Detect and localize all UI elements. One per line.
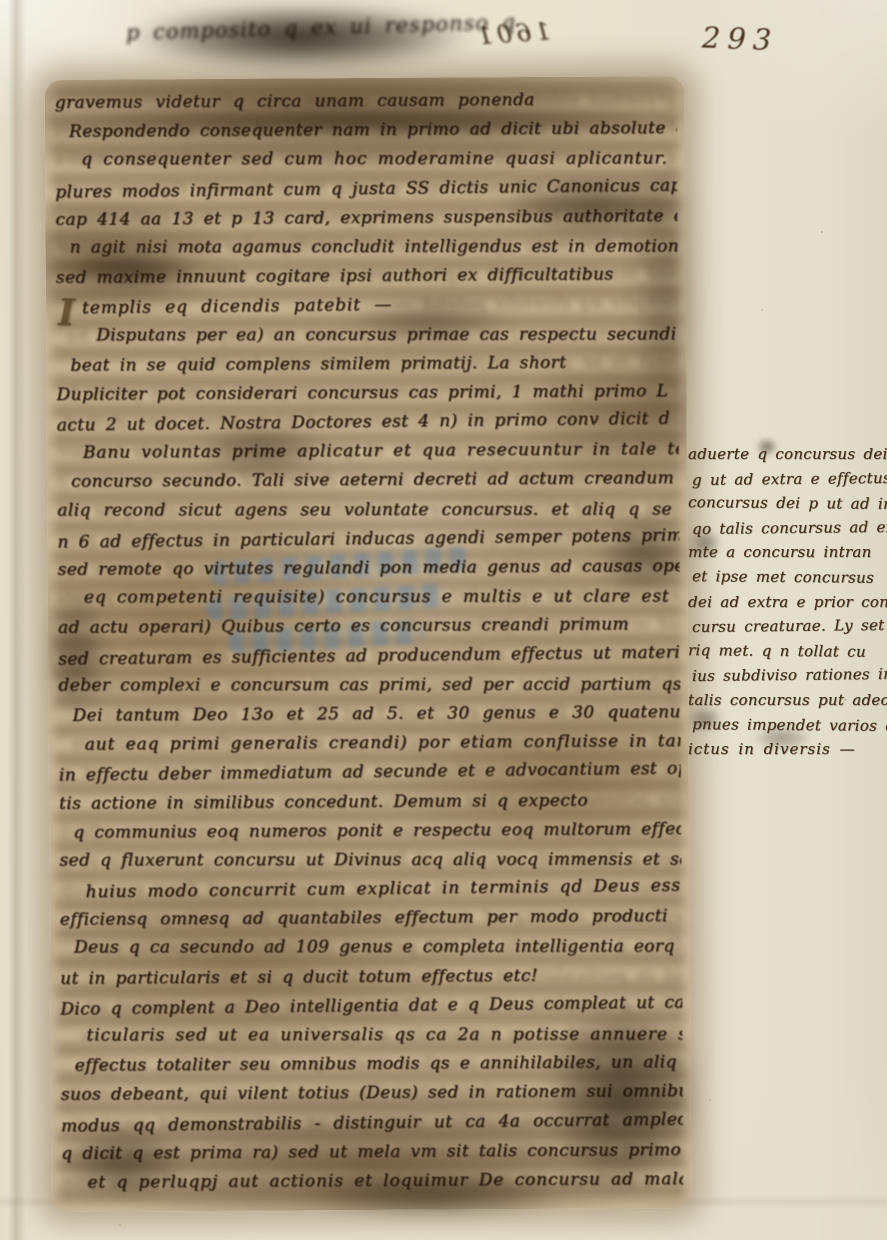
ink-blotch: [56, 1124, 186, 1200]
manuscript-line: Deus q ca secundo ad 109 genus e complet…: [74, 933, 682, 963]
margin-note-line: dei ad extra e prior con: [688, 590, 884, 615]
ink-blotch: [70, 104, 670, 138]
manuscript-line: efficiensq omnesq ad quantabiles effectu…: [60, 902, 682, 935]
manuscript-line: Dei tantum Deo 13o et 25 ad 5. et 30 gen…: [72, 698, 680, 731]
margin-note-line: pnues impendet varios eff: [692, 712, 884, 738]
manuscript-line: sed q fluxerunt concursu ut Divinus acq …: [59, 845, 681, 875]
manuscript-line: concurso secundo. Tali sive aeterni decr…: [71, 465, 679, 498]
margin-note-line: concursus dei p ut ad intr: [688, 490, 884, 516]
margin-note-line: ius subdiviso rationes in: [692, 662, 884, 689]
manuscript-line: sed creaturam es sufficientes ad produce…: [58, 638, 680, 674]
ink-blotch: [44, 590, 108, 720]
fold-crease: [8, 0, 26, 1240]
manuscript-line: Banu voluntas prime aplicatur et qua res…: [83, 435, 679, 468]
margin-note-line: ictus in diversis —: [688, 737, 884, 762]
margin-note-line: g ut ad extra e effectus: [692, 466, 884, 493]
manuscript-line: beat in se quid complens similem primati…: [70, 348, 678, 381]
manuscript-line: ad actu operari) Quibus certo es concurs…: [58, 610, 680, 643]
ink-blotch: [296, 1172, 566, 1218]
margin-note-line: et ipse met concursus: [692, 564, 884, 590]
margin-note-line: qo talis concursus ad extra: [692, 515, 884, 542]
manuscript-line: tis actione in similibus concedunt. Demu…: [59, 786, 681, 819]
ink-blotch: [636, 140, 690, 460]
manuscript-line: q consequenter sed cum hoc moderamine qu…: [81, 145, 677, 175]
ink-blotch: [196, 424, 326, 476]
margin-note: aduerte q concursus deig ut ad extra e e…: [688, 442, 884, 762]
ink-blotch: [128, 4, 473, 70]
manuscript-line: sed remote qo virtutes regulandi pon med…: [57, 552, 679, 585]
ink-blotch: [55, 248, 205, 292]
manuscript-line: q communius eoq numeros ponit e respectu…: [73, 815, 681, 848]
manuscript-line: eq competenti requisite) concursus e mul…: [84, 583, 680, 613]
margin-note-line: aduerte q concursus dei: [688, 442, 884, 467]
margin-note-line: cursu creaturae. Ly set: [692, 613, 884, 640]
ink-blotch: [545, 1000, 700, 1195]
margin-note-line: riq met. q n tollat cu: [688, 638, 884, 664]
manuscript-line: aliq recond sicut agens seu voluntate co…: [57, 495, 679, 525]
ink-blotch: [344, 296, 514, 344]
margin-note-line: mte a concursu intran: [688, 540, 884, 565]
ink-blotch: [596, 514, 692, 598]
manuscript-line: deber complexi e concursum cas primi, se…: [58, 670, 680, 700]
manuscript-page: p composito q ex ui responso q 1601 293 …: [0, 0, 887, 1240]
margin-note-line: talis concursus put adeo: [688, 688, 884, 713]
folio-number: 293: [701, 20, 792, 57]
